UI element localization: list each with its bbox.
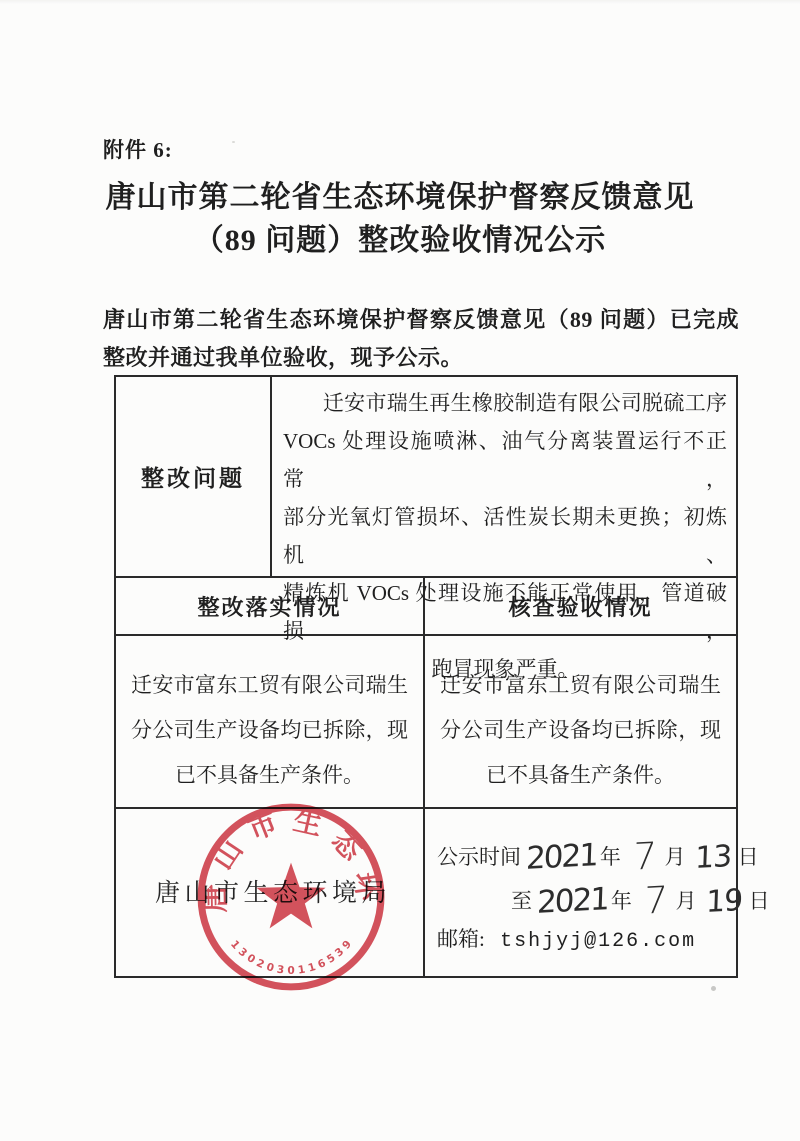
handwritten-end-day: 19 [706, 886, 743, 918]
problem-label-cell: 整改问题 [116, 377, 270, 576]
rectification-line: 迁安市富东工贸有限公司瑞生 [131, 663, 408, 708]
scan-speck [711, 986, 716, 991]
rectification-status-cell: 迁安市富东工贸有限公司瑞生 分公司生产设备均已拆除，现 已不具备生产条件。 [116, 636, 423, 807]
rectification-status-header: 整改落实情况 [116, 578, 423, 634]
handwritten-start-day: 13 [695, 842, 732, 874]
problem-line: 部分光氧灯管损坏、活性炭长期未更换；初炼机、 [283, 498, 727, 574]
problem-line: 迁安市瑞生再生橡胶制造有限公司脱硫工序 [283, 384, 727, 422]
seal-star [256, 863, 325, 929]
scanned-document-page: 附件 6: 唐山市第二轮省生态环境保护督察反馈意见 （89 问题）整改验收情况公… [0, 0, 800, 1141]
scan-speck [232, 141, 235, 143]
problem-line: VOCs 处理设施喷淋、油气分离装置运行不正常， [283, 422, 727, 498]
rectification-line: 分公司生产设备均已拆除，现 [131, 708, 408, 753]
publicity-notice-cell: 公示时间2021年7月13日 至2021年7月19日 邮箱: tshjyj@12… [425, 809, 736, 976]
document-title: 唐山市第二轮省生态环境保护督察反馈意见 （89 问题）整改验收情况公示 [0, 176, 800, 262]
day-suffix: 日 [738, 845, 759, 869]
publicity-period-end: 至2021年7月19日 [511, 877, 770, 915]
verification-line: 分公司生产设备均已拆除，现 [440, 708, 721, 753]
publicity-period-start: 公示时间2021年7月13日 [437, 833, 759, 871]
intro-paragraph: 唐山市第二轮省生态环境保护督察反馈意见（89 问题）已完成 整改并通过我单位验收… [103, 301, 739, 377]
title-line-2: （89 问题）整改验收情况公示 [0, 219, 800, 262]
handwritten-end-year: 2021 [537, 884, 609, 919]
year-suffix: 年 [600, 845, 621, 869]
month-suffix: 月 [675, 889, 696, 913]
day-suffix: 日 [749, 889, 770, 913]
intro-line-1: 唐山市第二轮省生态环境保护督察反馈意见（89 问题）已完成 [103, 301, 739, 339]
email-label: 邮箱: [437, 927, 490, 951]
email-row: 邮箱: tshjyj@126.com [437, 923, 696, 953]
verification-line: 迁安市富东工贸有限公司瑞生 [440, 663, 721, 708]
title-line-1: 唐山市第二轮省生态环境保护督察反馈意见 [0, 176, 800, 219]
rectification-line: 已不具备生产条件。 [131, 753, 408, 798]
handwritten-end-month: 7 [643, 881, 668, 919]
month-suffix: 月 [664, 845, 685, 869]
verification-status-cell: 迁安市富东工贸有限公司瑞生 分公司生产设备均已拆除，现 已不具备生产条件。 [425, 636, 736, 807]
publicity-label: 公示时间 [437, 845, 521, 869]
email-value: tshjyj@126.com [500, 930, 696, 953]
verification-status-header: 核查验收情况 [425, 578, 736, 634]
year-suffix: 年 [611, 889, 632, 913]
attachment-label: 附件 6: [103, 134, 173, 164]
handwritten-start-month: 7 [632, 837, 657, 875]
seal-number: 1302030116539 [228, 938, 354, 977]
scan-edge-shadow [0, 0, 800, 4]
intro-line-2: 整改并通过我单位验收，现予公示。 [103, 339, 739, 377]
verification-line: 已不具备生产条件。 [440, 753, 721, 798]
handwritten-start-year: 2021 [526, 840, 598, 875]
to-label: 至 [511, 889, 532, 913]
problem-content-cell: 迁安市瑞生再生橡胶制造有限公司脱硫工序 VOCs 处理设施喷淋、油气分离装置运行… [272, 377, 736, 576]
official-red-seal: 唐山市生态环境局 1302030116539 [190, 796, 392, 998]
